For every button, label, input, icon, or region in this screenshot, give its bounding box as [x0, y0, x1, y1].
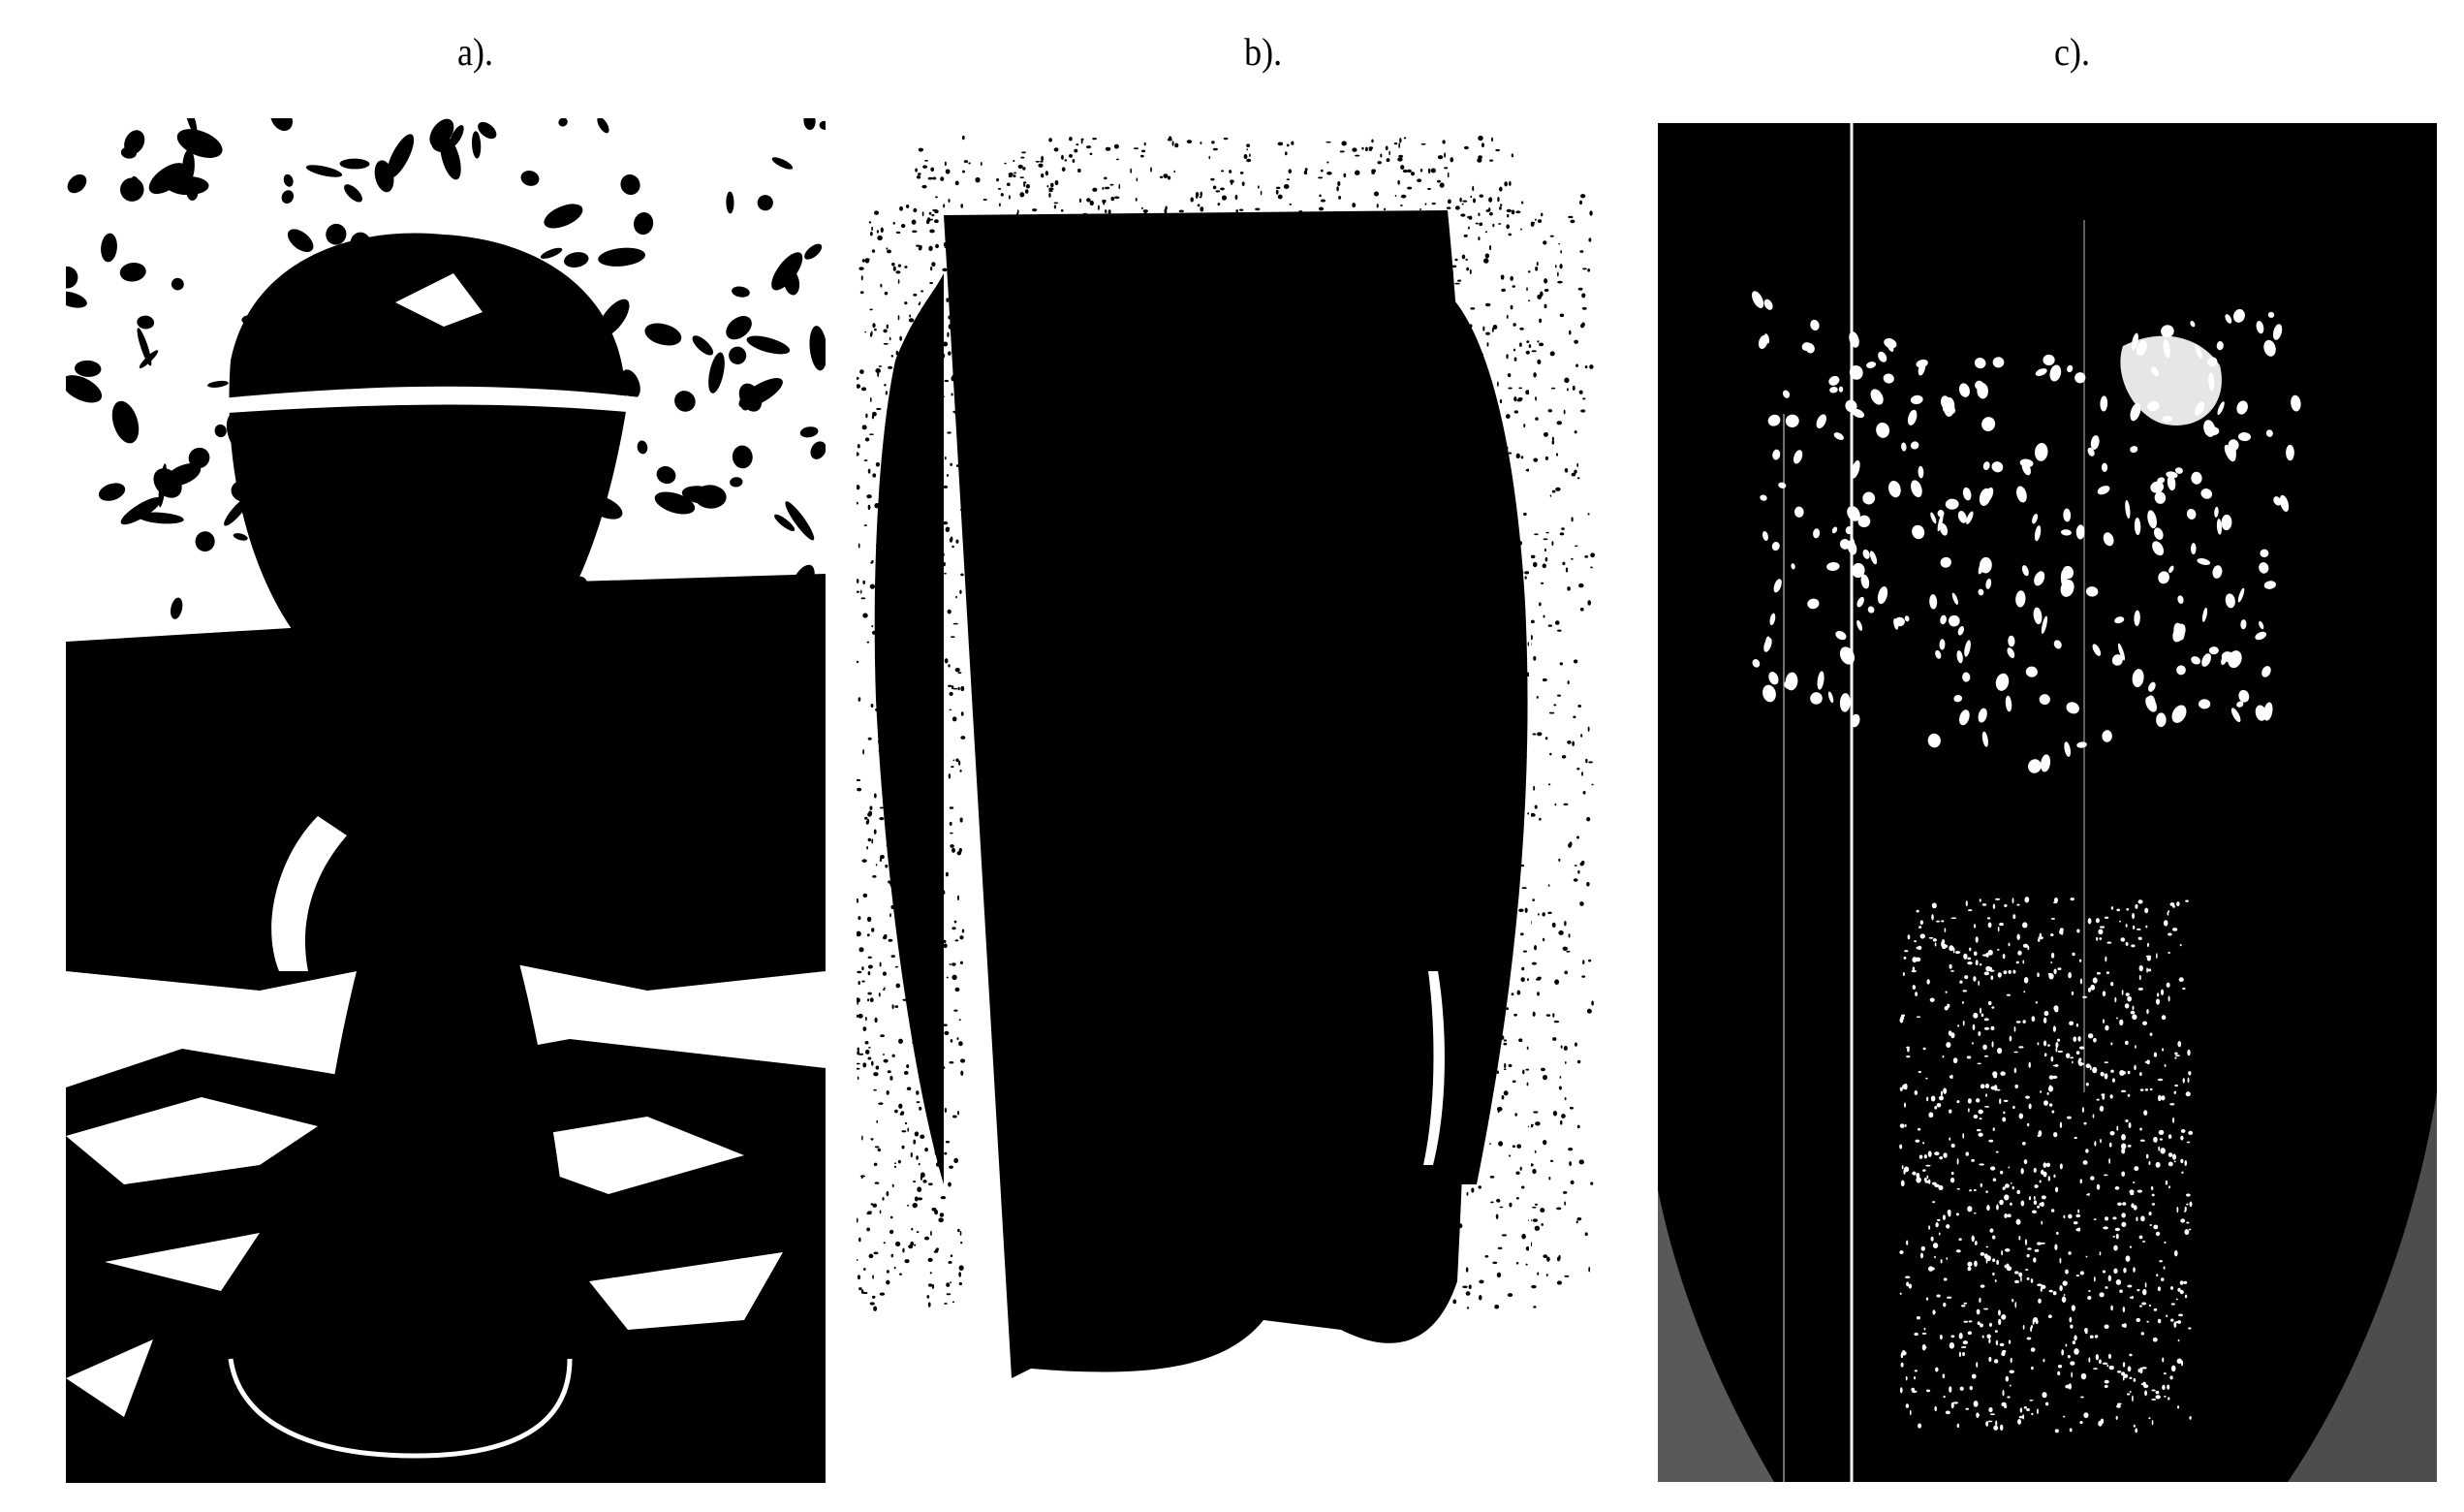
panel-a-photo: [66, 118, 826, 1483]
panel-b-label: b).: [1244, 29, 1282, 75]
vessel-photo-a: [66, 118, 826, 1483]
panel-c-photo: [1658, 123, 2437, 1482]
cylinder-photo-c: [1658, 123, 2437, 1482]
panel-b-photo: [857, 118, 1627, 1475]
panel-a-label: a).: [457, 29, 493, 75]
cylinder-photo-b: [857, 118, 1627, 1475]
panel-c-label: c).: [2054, 29, 2090, 75]
